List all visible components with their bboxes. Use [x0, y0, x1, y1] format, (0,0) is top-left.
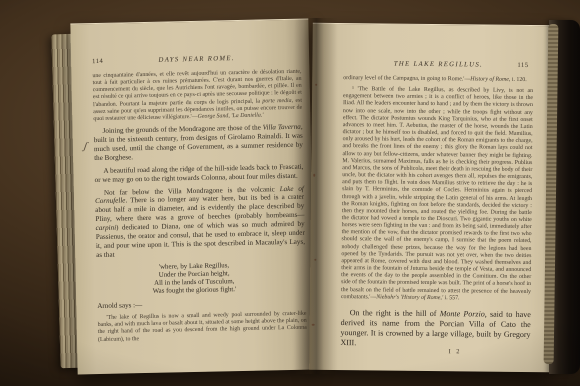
foxing-speck [315, 84, 317, 86]
paragraph: ordinary level of the Campagna, in going… [343, 75, 533, 84]
open-book: 114 DAYS NEAR ROME. une cinquantaine d'a… [0, 0, 580, 386]
book-photograph: 114 DAYS NEAR ROME. une cinquantaine d'a… [0, 0, 580, 386]
paragraph: Joining the grounds of the Mondragone ar… [94, 123, 304, 163]
left-page-text: une cinquantaine d'années, et elle revêt… [92, 69, 307, 344]
running-title-right: THE LAKE REGILLUS. [359, 60, 517, 69]
page-number-left: 114 [92, 58, 108, 65]
foxing-speck [313, 174, 315, 177]
paragraph: 'The lake of Regillus is now a small and… [97, 311, 307, 344]
left-page: 114 DAYS NEAR ROME. une cinquantaine d'a… [70, 19, 315, 375]
verse-quote: 'where, by Lake Regillus,Under the Porci… [96, 261, 292, 297]
paragraph: On the right is the hill of Monte Porzio… [340, 308, 530, 351]
right-page-text: ordinary level of the Campagna, in going… [340, 75, 533, 351]
paragraph: A beautiful road along the ridge of the … [94, 162, 303, 184]
running-title-left: DAYS NEAR ROME. [108, 54, 285, 65]
right-page: THE LAKE REGILLUS. 115 ordinary level of… [309, 23, 553, 372]
paragraph: une cinquantaine d'années, et elle revêt… [92, 69, 302, 123]
margin-annotation-mark: ʃ [83, 140, 88, 152]
paragraph: ¹ 'The Battle of the Lake Regillus, as d… [341, 86, 533, 303]
paragraph: Not far below the Villa Mondragone is th… [95, 184, 305, 260]
signature-mark: I 2 [449, 348, 462, 355]
right-running-head: THE LAKE REGILLUS. 115 [343, 60, 533, 69]
foxing-speck [312, 324, 315, 326]
paragraph: Arnold says :— [97, 298, 306, 311]
book-cover-right [549, 20, 580, 374]
foxing-speck [314, 259, 316, 261]
page-number-right: 115 [517, 62, 533, 69]
left-running-head: 114 DAYS NEAR ROME. [92, 54, 301, 65]
